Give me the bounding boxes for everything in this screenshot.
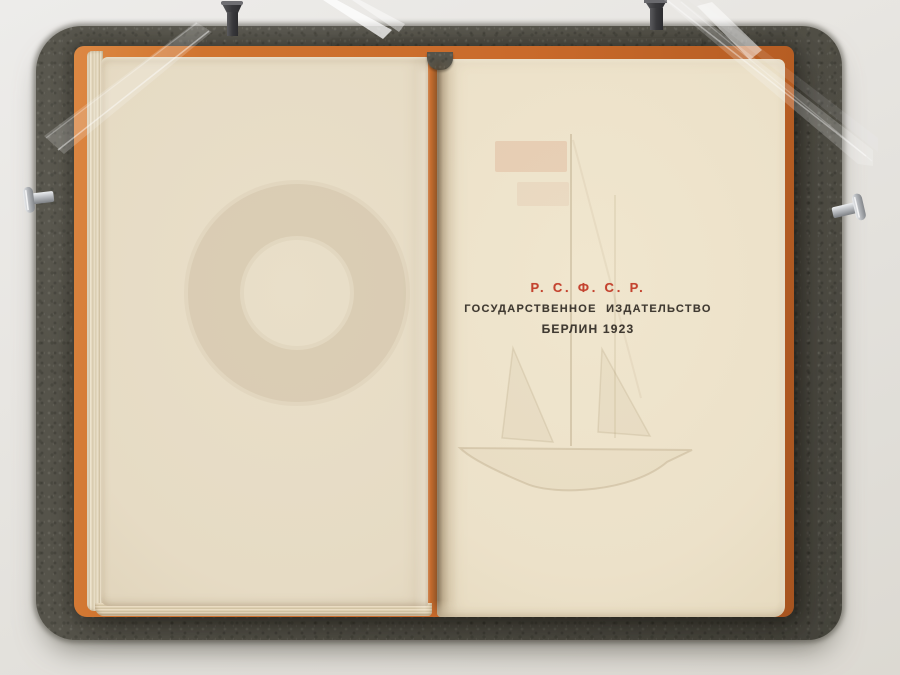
- book-photograph: Р. С. Ф. С. Р. ГОСУДАРСТВЕННОЕ ИЗДАТЕЛЬС…: [0, 0, 900, 675]
- imprint-rsfsr: Р. С. Ф. С. Р.: [440, 281, 736, 295]
- imprint-city-year: БЕРЛИН 1923: [440, 323, 736, 336]
- imprint-publisher: ГОСУДАРСТВЕННОЕ ИЗДАТЕЛЬСТВО: [440, 303, 736, 316]
- book-gutter-shadow: [414, 57, 458, 617]
- left-page: [101, 57, 428, 606]
- right-page: [437, 59, 785, 617]
- title-page-imprint: Р. С. Ф. С. Р. ГОСУДАРСТВЕННОЕ ИЗДАТЕЛЬС…: [440, 281, 736, 336]
